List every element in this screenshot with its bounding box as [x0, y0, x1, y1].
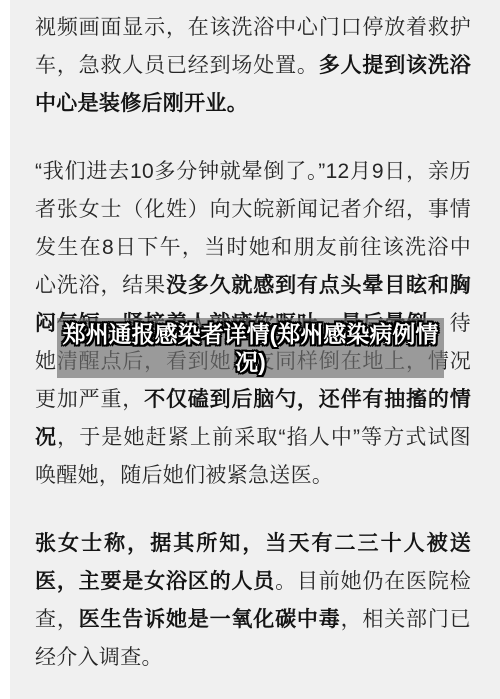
watermark-title-overlay: 郑州通报感染者详情(郑州感染病例情况)	[57, 318, 444, 378]
watermark-title-text: 郑州通报感染者详情(郑州感染病例情况)	[57, 320, 444, 376]
article-page: 视频画面显示，在该洗浴中心门口停放着救护车，急救人员已经到场处置。多人提到该洗浴…	[0, 0, 500, 699]
left-margin-strip	[0, 0, 10, 699]
article-paragraph: 视频画面显示，在该洗浴中心门口停放着救护车，急救人员已经到场处置。多人提到该洗浴…	[35, 9, 471, 123]
text-segment-bold: 医生告诉她是一氧化碳中毒	[79, 608, 341, 631]
text-segment: ，于是她赶紧上前采取“掐人中”等方式试图唤醒她，随后她们被紧急送医。	[35, 426, 471, 487]
article-paragraph: 张女士称，据其所知，当天有二三十人被送医，主要是女浴区的人员。目前她仍在医院检查…	[35, 525, 471, 677]
